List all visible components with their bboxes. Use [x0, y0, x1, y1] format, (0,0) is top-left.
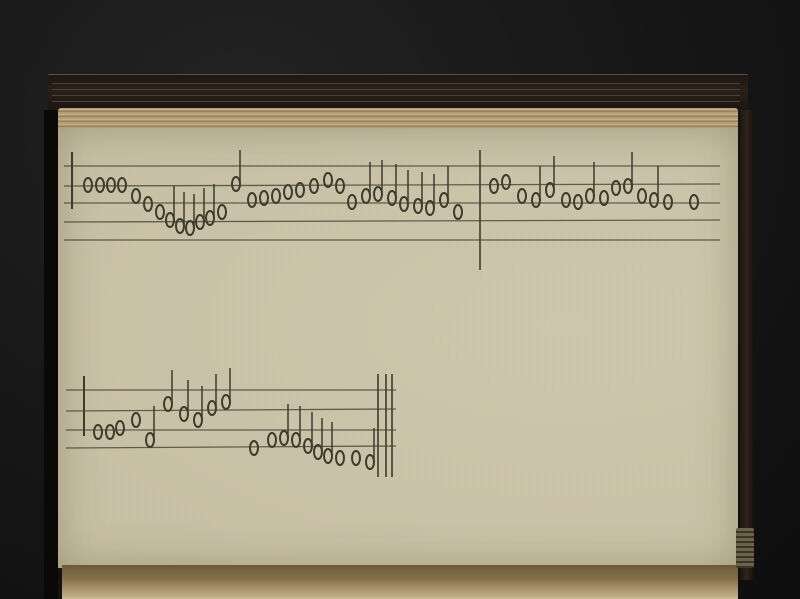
page-bottom-edge — [62, 565, 738, 599]
book-cover-right-edge — [740, 110, 754, 580]
book-clasp — [736, 528, 754, 568]
manuscript-page — [58, 128, 738, 568]
book-cover-left-edge — [44, 110, 58, 599]
